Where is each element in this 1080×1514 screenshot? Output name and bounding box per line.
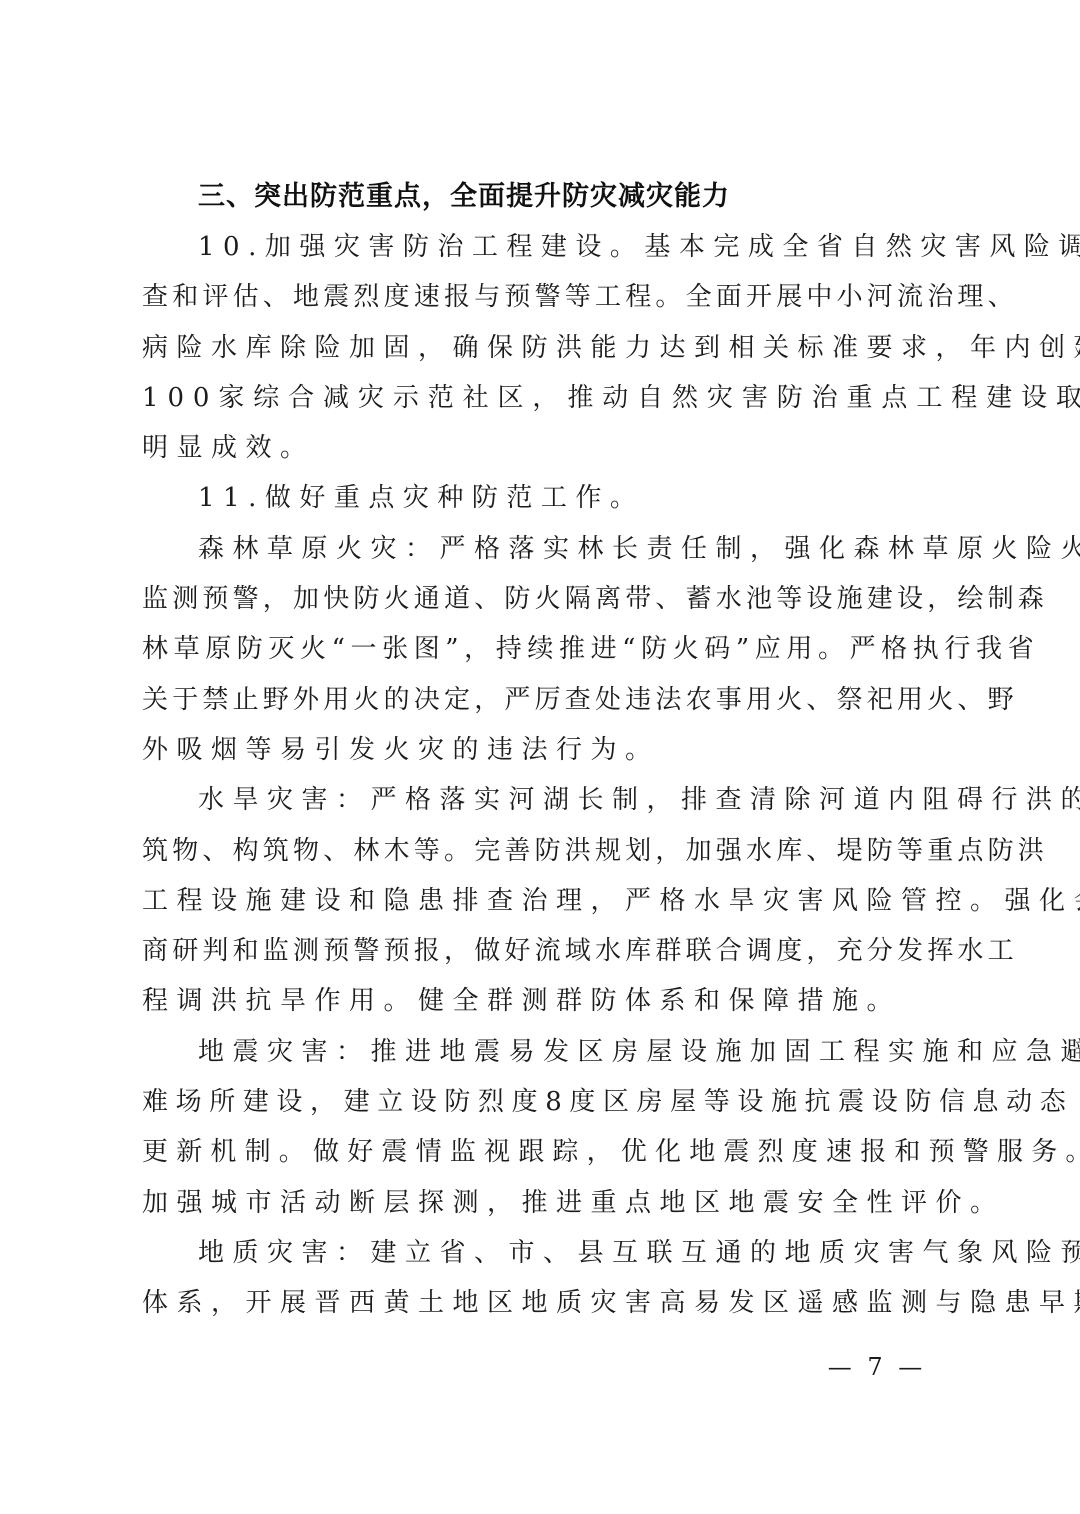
document-page: 三、突出防范重点，全面提升防灾减灾能力 10.加强灾害防治工程建设。基本完成全省… [142, 172, 942, 1329]
text-line: 难场所建设，建立设防烈度8度区房屋等设施抗震设防信息动态 [142, 1077, 942, 1127]
text-line: 100家综合减灾示范社区，推动自然灾害防治重点工程建设取得 [142, 373, 942, 423]
text-line: 体系，开展晋西黄土地区地质灾害高易发区遥感监测与隐患早期 [142, 1278, 942, 1328]
text-line: 程调洪抗旱作用。健全群测群防体系和保障措施。 [142, 976, 942, 1026]
paragraph-geological: 地质灾害：建立省、市、县互联互通的地质灾害气象风险预警 体系，开展晋西黄土地区地… [142, 1228, 942, 1329]
paragraph-earthquake: 地震灾害：推进地震易发区房屋设施加固工程实施和应急避 难场所建设，建立设防烈度8… [142, 1027, 942, 1228]
text-line: 加强城市活动断层探测，推进重点地区地震安全性评价。 [142, 1178, 942, 1228]
text-line: 查和评估、地震烈度速报与预警等工程。全面开展中小河流治理、 [142, 272, 942, 322]
text-line: 水旱灾害：严格落实河湖长制，排查清除河道内阻碍行洪的建 [142, 775, 942, 825]
text-line: 明显成效。 [142, 423, 942, 473]
text-line: 地质灾害：建立省、市、县互联互通的地质灾害气象风险预警 [142, 1228, 942, 1278]
text-line: 森林草原火灾：严格落实林长责任制，强化森林草原火险火情 [142, 524, 942, 574]
paragraph-item-10: 10.加强灾害防治工程建设。基本完成全省自然灾害风险调 查和评估、地震烈度速报与… [142, 222, 942, 473]
paragraph-forest-grassland-fire: 森林草原火灾：严格落实林长责任制，强化森林草原火险火情 监测预警，加快防火通道、… [142, 524, 942, 775]
text-line: 林草原防灭火“一张图”，持续推进“防火码”应用。严格执行我省 [142, 624, 942, 674]
text-line: 10.加强灾害防治工程建设。基本完成全省自然灾害风险调 [142, 222, 942, 272]
paragraph-flood-drought: 水旱灾害：严格落实河湖长制，排查清除河道内阻碍行洪的建 筑物、构筑物、林木等。完… [142, 775, 942, 1026]
text-line: 11.做好重点灾种防范工作。 [142, 473, 942, 523]
text-line: 工程设施建设和隐患排查治理，严格水旱灾害风险管控。强化会 [142, 876, 942, 926]
paragraph-item-11: 11.做好重点灾种防范工作。 [142, 473, 942, 523]
text-line: 商研判和监测预警预报，做好流域水库群联合调度，充分发挥水工 [142, 926, 942, 976]
text-line: 监测预警，加快防火通道、防火隔离带、蓄水池等设施建设，绘制森 [142, 574, 942, 624]
text-line: 外吸烟等易引发火灾的违法行为。 [142, 725, 942, 775]
text-line: 筑物、构筑物、林木等。完善防洪规划，加强水库、堤防等重点防洪 [142, 826, 942, 876]
text-line: 病险水库除险加固，确保防洪能力达到相关标准要求，年内创建 [142, 323, 942, 373]
text-line: 地震灾害：推进地震易发区房屋设施加固工程实施和应急避 [142, 1027, 942, 1077]
text-line: 关于禁止野外用火的决定，严厉查处违法农事用火、祭祀用火、野 [142, 675, 942, 725]
page-number: — 7 — [822, 1353, 932, 1381]
text-line: 更新机制。做好震情监视跟踪，优化地震烈度速报和预警服务。 [142, 1127, 942, 1177]
section-heading: 三、突出防范重点，全面提升防灾减灾能力 [142, 172, 942, 222]
